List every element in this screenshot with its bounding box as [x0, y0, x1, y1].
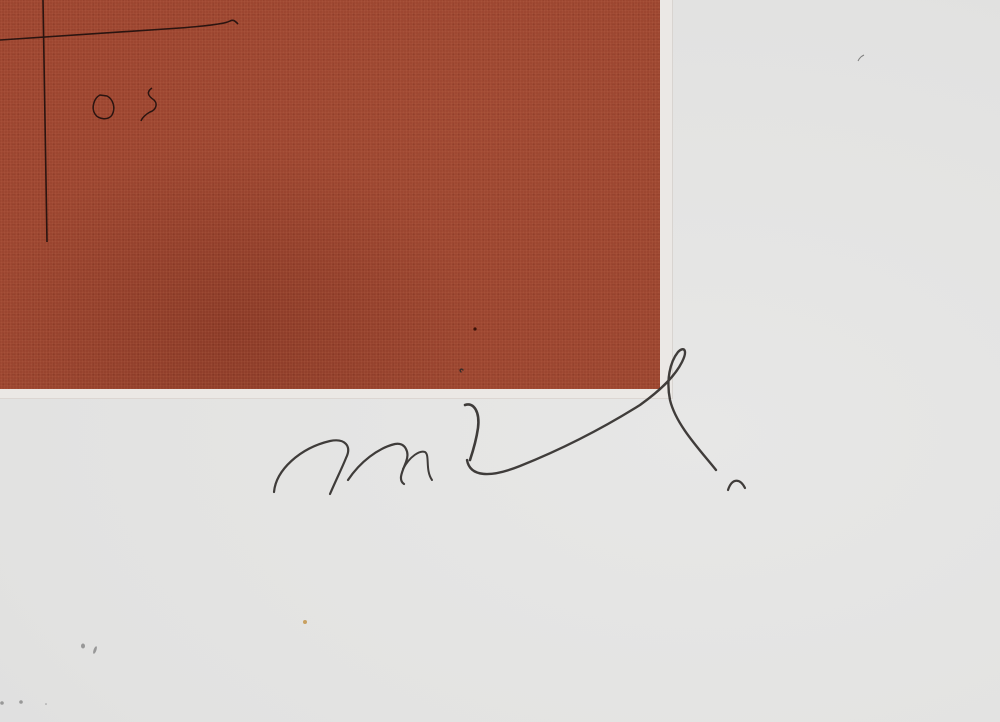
drawn-marks: [0, 0, 1000, 722]
plate-numeral-two: [141, 88, 156, 121]
etched-horizontal-line: [0, 20, 238, 40]
pencil-signature: [274, 349, 745, 494]
plate-numeral-zero: [93, 95, 114, 119]
foxing-speck: [303, 620, 307, 624]
paper-specks: [0, 55, 864, 705]
